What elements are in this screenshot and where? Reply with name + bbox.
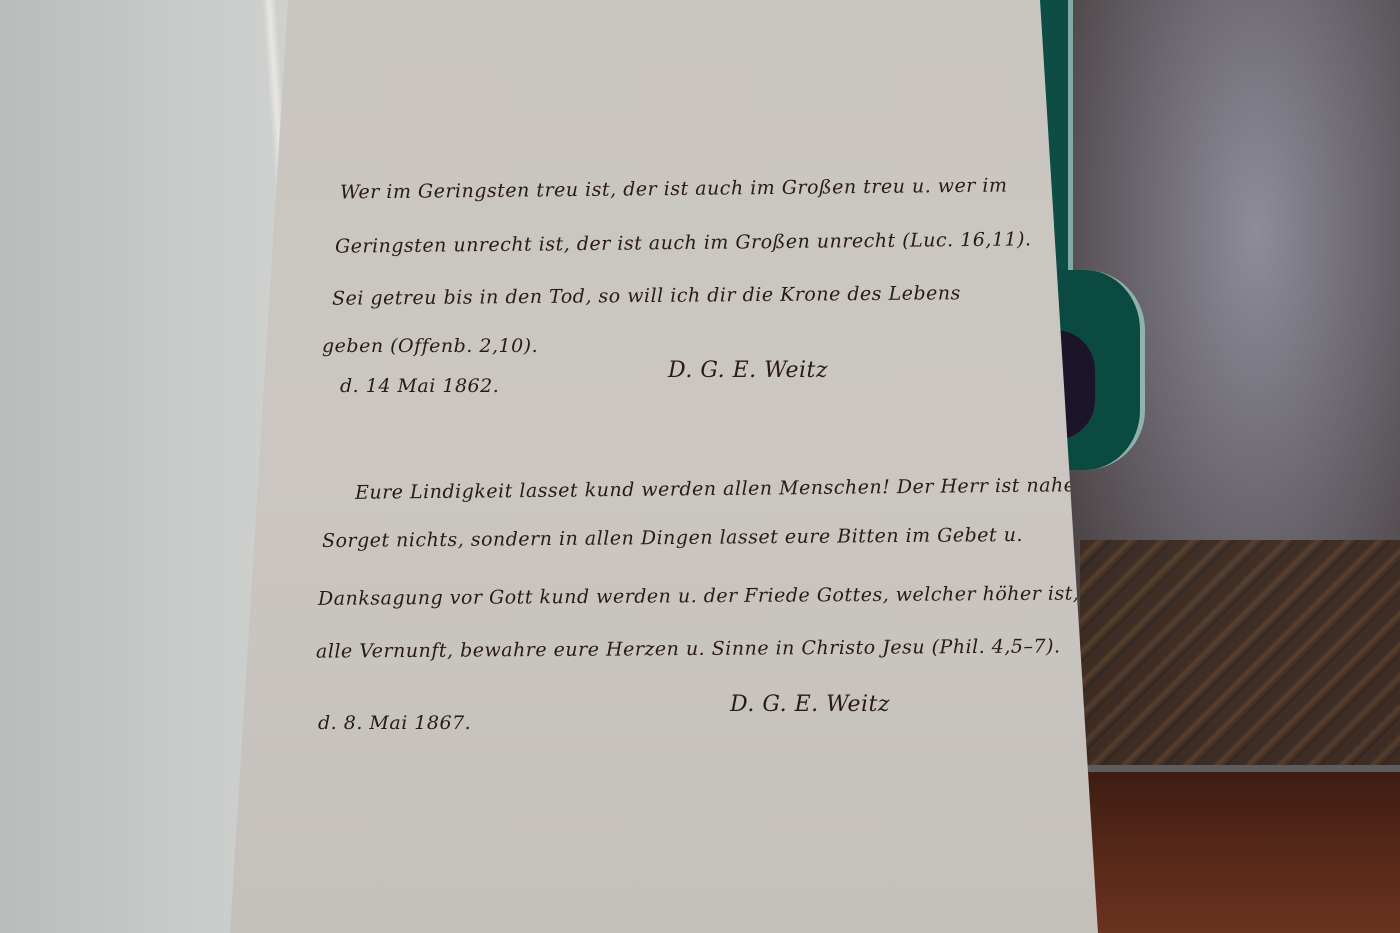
inscription-1-signature: D. G. E. Weitz [668, 358, 828, 383]
inscription-1-date: d. 14 Mai 1862. [340, 375, 499, 397]
inscription-2-line-2: Sorget nichts, sondern in allen Dingen l… [322, 524, 1023, 552]
inscription-2-line-1: Eure Lindigkeit lasset kund werden allen… [355, 474, 1084, 504]
inscription-1-line-3: Sei getreu bis in den Tod, so will ich d… [332, 282, 961, 309]
inscription-2-line-4: alle Vernunft, bewahre eure Herzen u. Si… [316, 635, 1061, 662]
inscription-2-date: d. 8. Mai 1867. [318, 712, 471, 734]
inscription-2-signature: D. G. E. Weitz [730, 692, 890, 717]
inscription-1-line-1: Wer im Geringsten treu ist, der ist auch… [340, 175, 1008, 204]
inscription-2-line-3: Danksagung vor Gott kund werden u. der F… [318, 582, 1136, 610]
inscription-1-line-2: Geringsten unrecht ist, der ist auch im … [335, 228, 1032, 257]
background-table [1060, 772, 1400, 933]
inscription-1-line-4: geben (Offenb. 2,10). [322, 335, 538, 357]
background-box-pattern [1080, 540, 1400, 770]
